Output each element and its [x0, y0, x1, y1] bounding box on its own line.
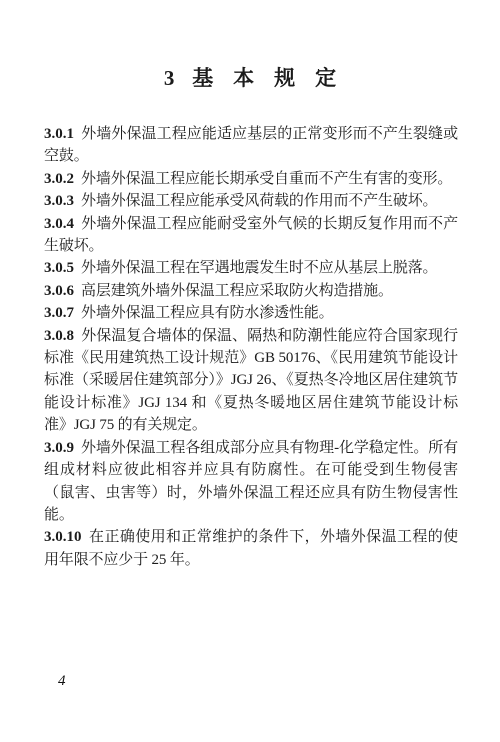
clause-number: 3.0.10 — [44, 529, 82, 545]
clause-number: 3.0.5 — [44, 260, 74, 276]
clause-text: 外墙外保温工程各组成部分应具有物理-化学稳定性。所有组成材料应彼此相容并应具有防… — [44, 440, 458, 523]
clause-text: 外墙外保温工程应能长期承受自重而不产生有害的变形。 — [81, 171, 452, 187]
clause-text: 高层建筑外墙外保温工程应采取防火构造措施。 — [81, 283, 393, 299]
page-footer: 4 — [58, 672, 66, 690]
clause-text: 外墙外保温工程应能承受风荷载的作用而不产生破坏。 — [81, 193, 437, 209]
clauses-container: 3.0.1外墙外保温工程应能适应基层的正常变形而不产生裂缝或空鼓。 3.0.2外… — [44, 123, 458, 571]
clause-3-0-8: 3.0.8外保温复合墙体的保温、隔热和防潮性能应符合国家现行标准《民用建筑热工设… — [44, 325, 458, 437]
clause-3-0-9: 3.0.9外墙外保温工程各组成部分应具有物理-化学稳定性。所有组成材料应彼此相容… — [44, 437, 458, 527]
clause-number: 3.0.3 — [44, 193, 74, 209]
clause-3-0-4: 3.0.4外墙外保温工程应能耐受室外气候的长期反复作用而不产生破坏。 — [44, 213, 458, 258]
clause-3-0-2: 3.0.2外墙外保温工程应能长期承受自重而不产生有害的变形。 — [44, 168, 458, 190]
clause-text: 外墙外保温工程应具有防水渗透性能。 — [81, 305, 333, 321]
clause-number: 3.0.1 — [44, 126, 74, 142]
clause-number: 3.0.9 — [44, 440, 74, 456]
clause-text: 外墙外保温工程应能适应基层的正常变形而不产生裂缝或空鼓。 — [44, 126, 458, 164]
chapter-number: 3 — [164, 64, 175, 92]
clause-text: 外墙外保温工程应能耐受室外气候的长期反复作用而不产生破坏。 — [44, 216, 458, 254]
clause-number: 3.0.2 — [44, 171, 74, 187]
clause-3-0-10: 3.0.10在正确使用和正常维护的条件下，外墙外保温工程的使用年限不应少于 25… — [44, 526, 458, 571]
clause-number: 3.0.8 — [44, 328, 74, 344]
clause-3-0-6: 3.0.6高层建筑外墙外保温工程应采取防火构造措施。 — [44, 280, 458, 302]
chapter-title: 基本规定 — [192, 64, 356, 92]
clause-number: 3.0.7 — [44, 305, 74, 321]
page-number: 4 — [58, 673, 66, 689]
chapter-heading: 3基本规定 — [0, 0, 500, 92]
clause-text: 外墙外保温工程在罕遇地震发生时不应从基层上脱落。 — [81, 260, 437, 276]
clause-text: 在正确使用和正常维护的条件下，外墙外保温工程的使用年限不应少于 25 年。 — [44, 529, 458, 567]
clause-3-0-7: 3.0.7外墙外保温工程应具有防水渗透性能。 — [44, 302, 458, 324]
clause-number: 3.0.4 — [44, 216, 74, 232]
clause-text: 外保温复合墙体的保温、隔热和防潮性能应符合国家现行标准《民用建筑热工设计规范》G… — [44, 328, 458, 434]
clause-3-0-3: 3.0.3外墙外保温工程应能承受风荷载的作用而不产生破坏。 — [44, 190, 458, 212]
document-page: 3基本规定 3.0.1外墙外保温工程应能适应基层的正常变形而不产生裂缝或空鼓。 … — [0, 0, 500, 742]
clause-3-0-1: 3.0.1外墙外保温工程应能适应基层的正常变形而不产生裂缝或空鼓。 — [44, 123, 458, 168]
clause-3-0-5: 3.0.5外墙外保温工程在罕遇地震发生时不应从基层上脱落。 — [44, 257, 458, 279]
clause-number: 3.0.6 — [44, 283, 74, 299]
